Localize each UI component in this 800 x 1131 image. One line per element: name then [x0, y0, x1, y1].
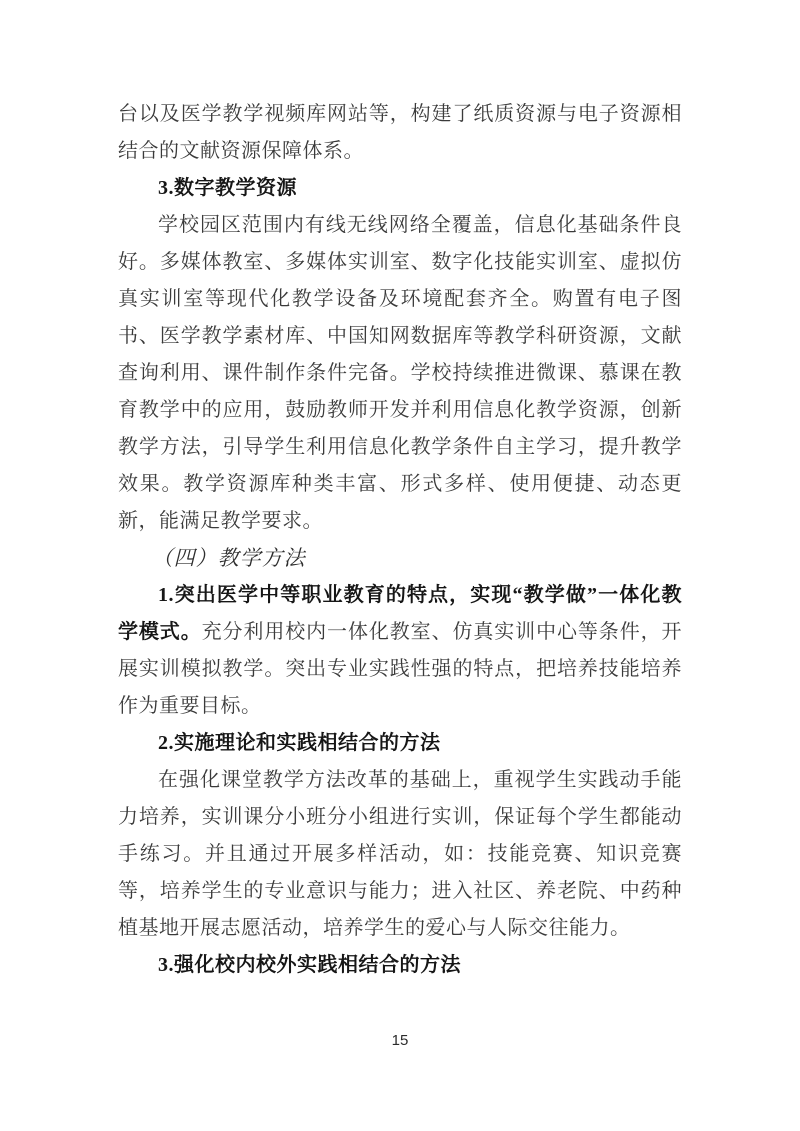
paragraph-teaching-mode-rest: 充分利用校内一体化教室、仿真实训中心等条件，开展实训模拟教学。突出专业实践性强的… [118, 621, 682, 717]
heading-theory-practice-method: 2.实施理论和实践相结合的方法 [118, 725, 682, 762]
paragraph-teaching-mode: 1.突出医学中等职业教育的特点，实现“教学做”一体化教学模式。充分利用校内一体化… [118, 577, 682, 725]
document-page: 台以及医学教学视频库网站等，构建了纸质资源与电子资源相结合的文献资源保障体系。 … [0, 0, 800, 1131]
page-number: 15 [0, 1032, 800, 1049]
heading-campus-practice-method: 3.强化校内校外实践相结合的方法 [118, 947, 682, 984]
paragraph-theory-practice: 在强化课堂教学方法改革的基础上，重视学生实践动手能力培养，实训课分小班分小组进行… [118, 762, 682, 947]
heading-digital-teaching-resources: 3.数字教学资源 [118, 170, 682, 207]
heading-section-4-teaching-methods: （四）教学方法 [118, 540, 682, 577]
document-content: 台以及医学教学视频库网站等，构建了纸质资源与电子资源相结合的文献资源保障体系。 … [118, 96, 682, 984]
paragraph-continuation: 台以及医学教学视频库网站等，构建了纸质资源与电子资源相结合的文献资源保障体系。 [118, 96, 682, 170]
paragraph-digital-teaching-resources: 学校园区范围内有线无线网络全覆盖，信息化基础条件良好。多媒体教室、多媒体实训室、… [118, 207, 682, 540]
